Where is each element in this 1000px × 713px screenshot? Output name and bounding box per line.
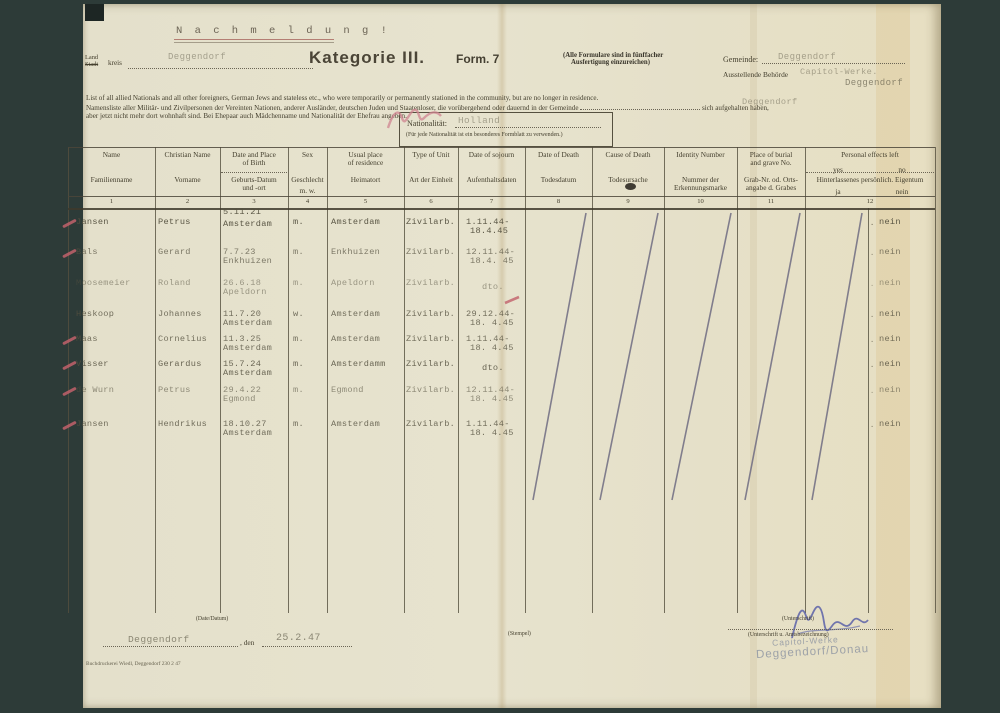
nationality-value: Holland xyxy=(458,115,500,126)
nachmeldung-note: N a c h m e l d u n g ! xyxy=(176,25,390,37)
column-header-de2: m. w. xyxy=(289,187,326,195)
intro-line-2: Namensliste aller Militär- und Zivilpers… xyxy=(86,103,769,112)
cell-birth-place: Enkhuizen xyxy=(223,257,272,266)
column-number: 4 xyxy=(289,198,326,205)
stadt-label: Stadt xyxy=(85,61,98,68)
red-checkmark xyxy=(62,219,77,229)
cell-effects: nein xyxy=(879,335,901,344)
column-header-en: Place of burialand grave No. xyxy=(738,151,804,167)
form-number: Form. 7 xyxy=(456,52,499,66)
kreis-value: Deggendorf xyxy=(168,52,226,62)
nationality-box xyxy=(399,112,613,147)
cell-effects-dot: . xyxy=(870,250,875,259)
formulare-note: (Alle Formulare sind in fünffacher Ausfe… xyxy=(563,52,663,67)
table-column-line xyxy=(404,147,405,613)
column-number: 5 xyxy=(328,198,403,205)
date-label: (Date/Datum) xyxy=(196,616,228,622)
column-number: 12 xyxy=(806,198,934,205)
cell-birth-date: 5.11.21 xyxy=(223,208,261,217)
cell-residence: Egmond xyxy=(331,386,364,395)
cell-effects-dot: . xyxy=(870,337,875,346)
column-header-de: Vorname xyxy=(156,176,219,184)
table-column-line xyxy=(805,147,806,613)
column-header-de: Geschlecht xyxy=(289,176,326,184)
cell-sojourn-2: 18.4.45 xyxy=(470,227,508,236)
intro-typed-place: Deggendorf xyxy=(742,97,798,107)
cell-sojourn-2: 18. 4.45 xyxy=(470,319,514,328)
cell-sojourn-2: 18. 4.45 xyxy=(470,429,514,438)
cell-birth-place: Amsterdam xyxy=(223,369,272,378)
cell-name: Jansen xyxy=(76,218,109,227)
nachmeldung-underline xyxy=(174,39,334,40)
table-heavy-line xyxy=(68,208,935,210)
column-number: 10 xyxy=(665,198,736,205)
intro-line-1: List of all allied Nationals and all oth… xyxy=(86,94,598,102)
land-label: Land xyxy=(85,54,98,61)
cell-name: de Wurn xyxy=(76,386,114,395)
gemeinde-value: Deggendorf xyxy=(778,52,836,62)
cell-sex: m. xyxy=(293,420,304,429)
nationality-label: Nationalität: xyxy=(407,119,447,128)
signature-label-top: (Unterschrift) xyxy=(782,616,814,622)
cell-effects: nein xyxy=(879,248,901,257)
nationality-note: (Für jede Nationalität ist ein besondere… xyxy=(406,132,563,138)
column-number: 11 xyxy=(738,198,804,205)
column-header-en: Sex xyxy=(289,151,326,159)
cell-christian-name: Gerardus xyxy=(158,360,202,369)
table-column-line xyxy=(68,147,69,613)
cell-christian-name: Cornelius xyxy=(158,335,207,344)
cell-christian-name: Roland xyxy=(158,279,191,288)
column-header-en: Cause of Death xyxy=(593,151,663,159)
cell-sex: m. xyxy=(293,218,304,227)
column-number: 9 xyxy=(593,198,663,205)
kreis-label: kreis xyxy=(108,59,122,67)
signature-line xyxy=(728,623,893,630)
red-checkmark xyxy=(62,361,77,371)
column-header-de: Todesdatum xyxy=(526,176,591,184)
cell-effects: nein xyxy=(879,310,901,319)
cell-effects: nein xyxy=(879,279,901,288)
corner-clip xyxy=(85,4,104,21)
cell-sex: w. xyxy=(293,310,304,319)
cell-christian-name: Petrus xyxy=(158,386,191,395)
cell-christian-name: Johannes xyxy=(158,310,202,319)
cell-unit: Zivilarb. xyxy=(406,360,455,369)
cell-name: Moosemeier xyxy=(76,279,131,288)
cell-unit: Zivilarb. xyxy=(406,218,455,227)
column-header-de: Geburts-Datumund -ort xyxy=(221,176,287,192)
cell-birth-place: Amsterdam xyxy=(223,319,272,328)
table-column-line xyxy=(737,147,738,613)
cell-birth-place: Amsterdam xyxy=(223,220,272,229)
column-header-de: Heimatort xyxy=(328,176,403,184)
column-header-en: Personal effects left xyxy=(806,151,934,159)
column-header-de: Grab-Nr. od. Orts-angabe d. Grabes xyxy=(738,176,804,192)
cell-residence: Amsterdam xyxy=(331,310,380,319)
cell-effects-dot: . xyxy=(870,220,875,229)
column-number: 8 xyxy=(526,198,591,205)
column-header-en: Christian Name xyxy=(156,151,219,159)
cell-sex: m. xyxy=(293,248,304,257)
table-column-line xyxy=(220,147,221,613)
cell-birth-place: Amsterdam xyxy=(223,344,272,353)
table-column-line xyxy=(664,147,665,613)
column-header-de: Familienname xyxy=(69,176,154,184)
column-number: 3 xyxy=(221,198,287,205)
cell-unit: Zivilarb. xyxy=(406,248,455,257)
table-top-border xyxy=(68,147,935,148)
cell-effects-dot: . xyxy=(870,362,875,371)
cell-unit: Zivilarb. xyxy=(406,420,455,429)
cell-residence: Enkhuizen xyxy=(331,248,380,257)
cell-name: Heskoop xyxy=(76,310,114,319)
column-header-de2-ja: ja xyxy=(806,188,870,196)
cell-residence: Amsterdam xyxy=(331,420,380,429)
cell-name: Visser xyxy=(76,360,109,369)
cell-birth-place: Apeldorn xyxy=(223,288,267,297)
cell-sex: m. xyxy=(293,335,304,344)
red-checkmark xyxy=(62,249,77,259)
printer-imprint: Buchdruckerei Wiedl, Deggendorf 230 2 47 xyxy=(86,661,181,667)
ink-blot xyxy=(625,183,636,190)
cell-sex: m. xyxy=(293,279,304,288)
column-header-dotted xyxy=(806,172,934,173)
column-header-de: Nummer derErkennungsmarke xyxy=(665,176,736,192)
date-place: Deggendorf xyxy=(128,634,190,645)
cell-birth-place: Amsterdam xyxy=(223,429,272,438)
table-subcolumn-line xyxy=(868,208,869,613)
cell-unit: Zivilarb. xyxy=(406,386,455,395)
column-header-en: Identity Number xyxy=(665,151,736,159)
column-header-en: Name xyxy=(69,151,154,159)
column-header-de: Aufenthaltsdaten xyxy=(459,176,524,184)
cell-unit: Zivilarb. xyxy=(406,310,455,319)
cell-christian-name: Hendrikus xyxy=(158,420,207,429)
behoerde-label: Ausstellende Behörde xyxy=(723,70,788,79)
cell-effects-dot: . xyxy=(870,312,875,321)
column-number: 1 xyxy=(69,198,154,205)
column-header-de: Art der Einheit xyxy=(405,176,457,184)
column-header-en: Date of sojourn xyxy=(459,151,524,159)
cell-residence: Amsterdam xyxy=(331,335,380,344)
cell-sojourn-2: 18.4. 45 xyxy=(470,257,514,266)
column-header-en: Type of Unit xyxy=(405,151,457,159)
cell-sojourn-dto: dto. xyxy=(482,364,504,373)
gemeinde-label: Gemeinde: xyxy=(723,55,758,64)
behoerde-value-2: Deggendorf xyxy=(845,78,903,88)
table-column-line xyxy=(935,147,936,613)
red-checkmark xyxy=(62,336,77,346)
cell-sex: m. xyxy=(293,386,304,395)
cell-name: Maas xyxy=(76,335,98,344)
den-label: , den xyxy=(240,638,254,647)
scanned-form-page: N a c h m e l d u n g ! Land Stadt kreis… xyxy=(0,0,1000,713)
cell-residence: Amsterdamm xyxy=(331,360,386,369)
cell-effects-dot: . xyxy=(870,422,875,431)
red-checkmark xyxy=(62,387,77,397)
cell-effects: nein xyxy=(879,360,901,369)
column-header-en: Date and Placeof Birth xyxy=(221,151,287,167)
table-mid-line xyxy=(68,196,935,197)
kategorie-title: Kategorie III. xyxy=(309,48,425,68)
nachmeldung-underline-2 xyxy=(174,42,334,43)
behoerde-value-1: Capitol-Werke. xyxy=(800,67,878,77)
date-value: 25.2.47 xyxy=(276,633,321,644)
cell-sojourn-2: 18. 4.45 xyxy=(470,344,514,353)
column-header-en: Usual placeof residence xyxy=(328,151,403,167)
cell-effects: nein xyxy=(879,420,901,429)
table-column-line xyxy=(288,147,289,613)
table-column-line xyxy=(592,147,593,613)
cell-sojourn-dto: dto. xyxy=(482,283,504,292)
cell-christian-name: Gerard xyxy=(158,248,191,257)
table-column-line xyxy=(155,147,156,613)
stempel-label: (Stempel) xyxy=(508,631,531,637)
cell-birth-place: Egmond xyxy=(223,395,256,404)
cell-residence: Apeldorn xyxy=(331,279,375,288)
cell-effects: nein xyxy=(879,218,901,227)
cell-effects: nein xyxy=(879,386,901,395)
column-number: 6 xyxy=(405,198,457,205)
column-number: 2 xyxy=(156,198,219,205)
table-column-line xyxy=(458,147,459,613)
cell-residence: Amsterdam xyxy=(331,218,380,227)
cell-christian-name: Petrus xyxy=(158,218,191,227)
column-header-dotted xyxy=(221,172,287,173)
cell-effects-dot: . xyxy=(870,388,875,397)
intro-line-3: aber jetzt nicht mehr dort wohnhaft sind… xyxy=(86,112,407,120)
cell-effects-dot: . xyxy=(870,281,875,290)
cell-unit: Zivilarb. xyxy=(406,279,455,288)
column-number: 7 xyxy=(459,198,524,205)
column-header-de: Hinterlassenes persönlich. Eigentum xyxy=(806,176,934,184)
cell-unit: Zivilarb. xyxy=(406,335,455,344)
column-header-de2-nein: nein xyxy=(870,188,934,196)
red-checkmark xyxy=(62,421,77,431)
cell-sex: m. xyxy=(293,360,304,369)
table-column-line xyxy=(525,147,526,613)
table-column-line xyxy=(327,147,328,613)
column-header-en: Date of Death xyxy=(526,151,591,159)
cell-name: Bals xyxy=(76,248,98,257)
cell-sojourn-2: 18. 4.45 xyxy=(470,395,514,404)
cell-name: Jansen xyxy=(76,420,109,429)
